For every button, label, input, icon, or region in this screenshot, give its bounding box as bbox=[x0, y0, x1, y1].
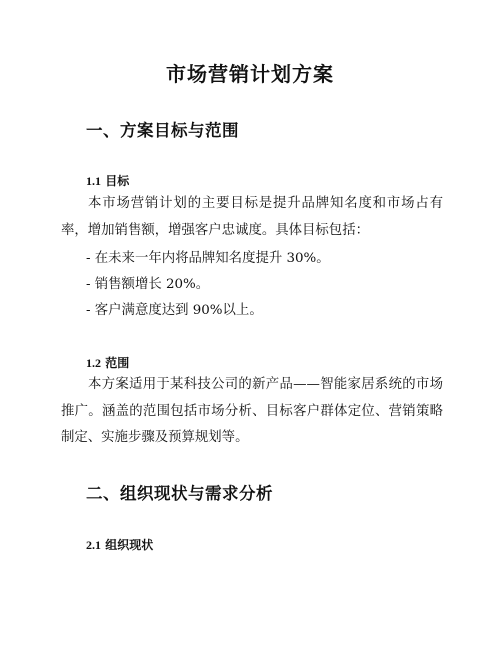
goal-bullet-1: - 在未来一年内将品牌知名度提升 30%。 bbox=[86, 250, 330, 268]
subsection-title: 目标 bbox=[105, 174, 129, 188]
subsection-number: 2.1 bbox=[86, 538, 101, 552]
goal-bullet-2: - 销售额增长 20%。 bbox=[86, 276, 209, 294]
section-heading-2: 二、组织现状与需求分析 bbox=[86, 484, 273, 504]
document-title: 市场营销计划方案 bbox=[0, 62, 500, 86]
scope-paragraph: 本方案适用于某科技公司的新产品——智能家居系统的市场推广。涵盖的范围包括市场分析… bbox=[61, 372, 443, 452]
subsection-number: 1.1 bbox=[86, 174, 101, 188]
section-heading-1: 一、方案目标与范围 bbox=[86, 121, 239, 141]
subsection-heading-2-1: 2.1 组织现状 bbox=[86, 537, 153, 553]
goal-paragraph: 本市场营销计划的主要目标是提升品牌知名度和市场占有率，增加销售额，增强客户忠诚度… bbox=[61, 191, 443, 244]
subsection-number: 1.2 bbox=[86, 356, 101, 370]
subsection-title: 范围 bbox=[105, 356, 129, 370]
subsection-title: 组织现状 bbox=[105, 538, 153, 552]
subsection-heading-1-2: 1.2 范围 bbox=[86, 355, 129, 371]
goal-bullet-3: - 客户满意度达到 90%以上。 bbox=[86, 302, 263, 320]
document-page: 市场营销计划方案 一、方案目标与范围 1.1 目标 本市场营销计划的主要目标是提… bbox=[0, 0, 500, 647]
subsection-heading-1-1: 1.1 目标 bbox=[86, 173, 129, 189]
